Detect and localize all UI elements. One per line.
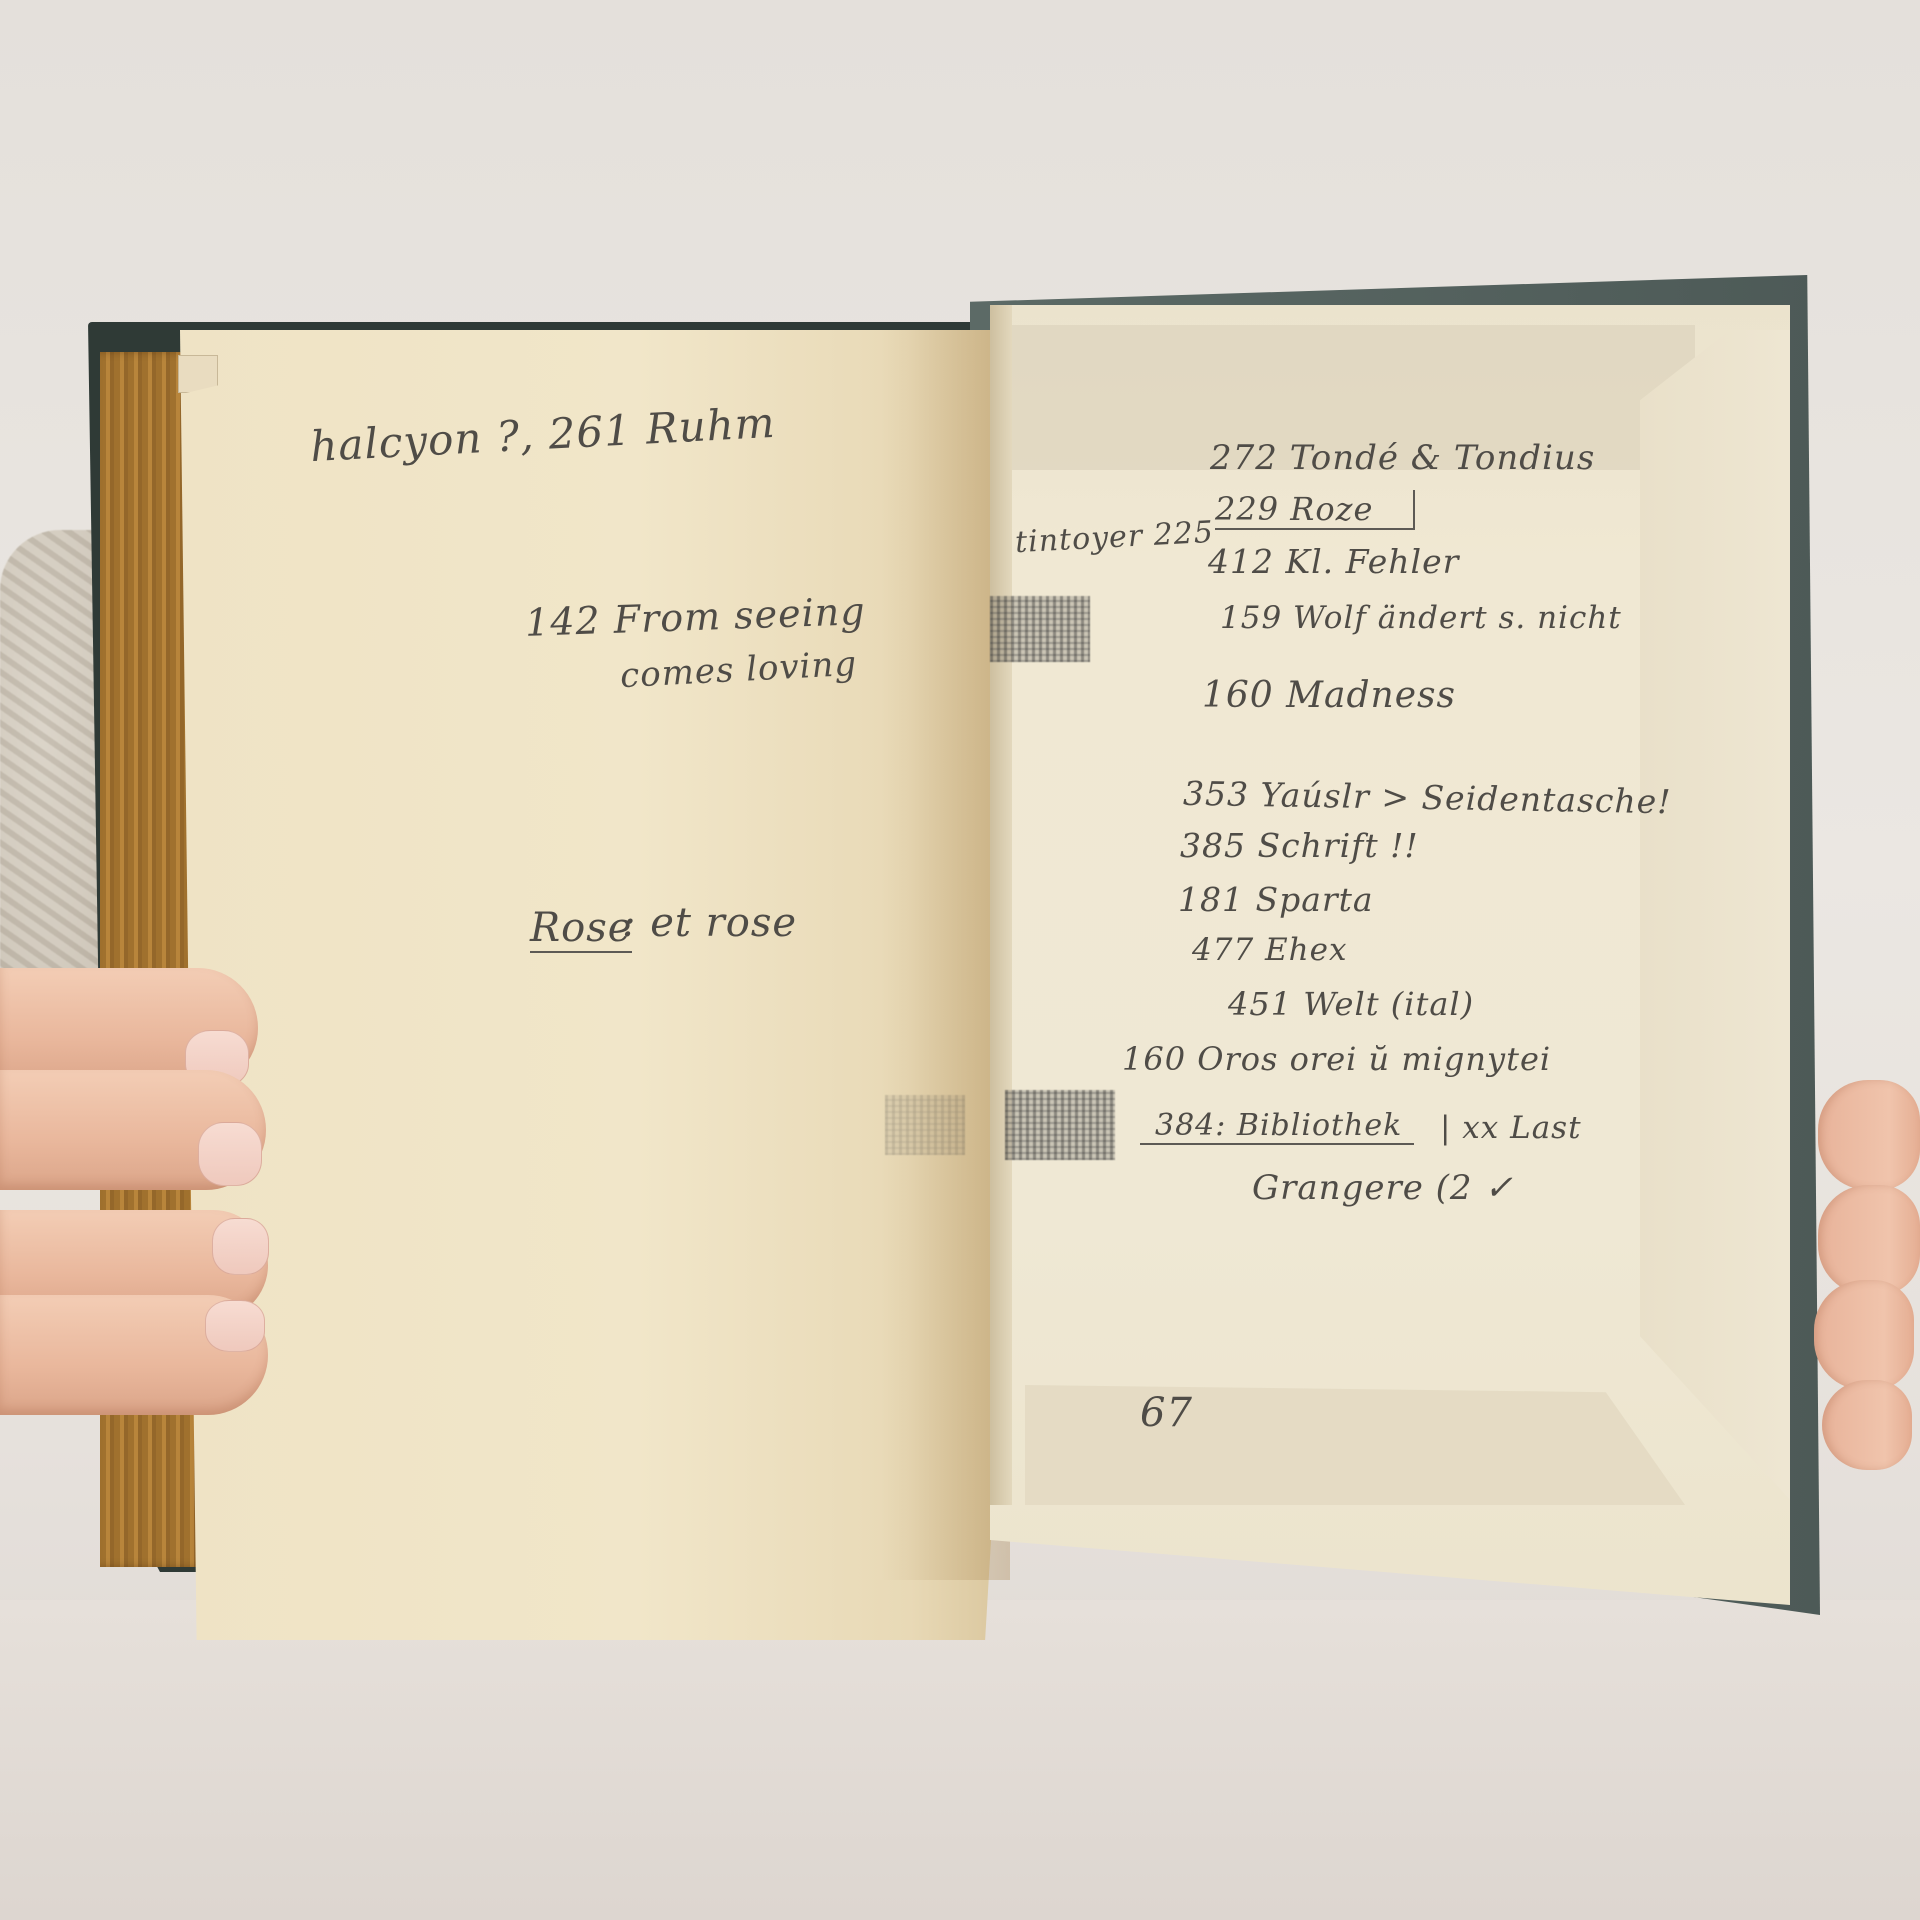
- cloth-turn-in-right: [1640, 330, 1790, 1500]
- finger-right-4: [1822, 1380, 1912, 1470]
- note-384: 384: Bibliothek: [1140, 1108, 1414, 1145]
- note-385: 385 Schrift !!: [1180, 826, 1419, 865]
- finger-right-3: [1814, 1280, 1914, 1390]
- note-159: 159 Wolf ändert s. nicht: [1220, 600, 1622, 636]
- note-rose: Rose: [530, 905, 632, 953]
- fingernail: [198, 1122, 262, 1186]
- graphite-rubbing-offset: [885, 1095, 965, 1155]
- hinge-strip: [990, 305, 1012, 1505]
- note-181: 181 Sparta: [1178, 880, 1374, 919]
- table-surface: [0, 1600, 1920, 1920]
- fingernail: [205, 1300, 265, 1352]
- note-412: 412 Kl. Fehler: [1208, 542, 1459, 581]
- note-bottom-mark: 67: [1140, 1390, 1193, 1436]
- finger-right-2: [1818, 1185, 1920, 1295]
- note-160-oros: 160 Oros orei ŭ mignytei: [1122, 1040, 1551, 1078]
- note-grangere: Grangere (2 ✓: [1252, 1168, 1514, 1208]
- note-160-madness: 160 Madness: [1202, 675, 1456, 716]
- note-et-rose: : et rose: [622, 900, 797, 946]
- cloth-turn-in-bottom: [1025, 1385, 1685, 1505]
- note-451: 451 Welt (ital): [1228, 985, 1474, 1023]
- note-229: 229 Roze: [1215, 490, 1415, 530]
- note-272: 272 Tondé & Tondius: [1210, 438, 1595, 478]
- finger-right-1: [1818, 1080, 1920, 1190]
- graphite-rubbing-lower: [1005, 1090, 1115, 1160]
- note-477: 477 Ehex: [1192, 932, 1347, 968]
- fingernail: [212, 1218, 269, 1275]
- graphite-rubbing-upper: [990, 596, 1090, 662]
- note-xx-last: | xx Last: [1440, 1110, 1582, 1146]
